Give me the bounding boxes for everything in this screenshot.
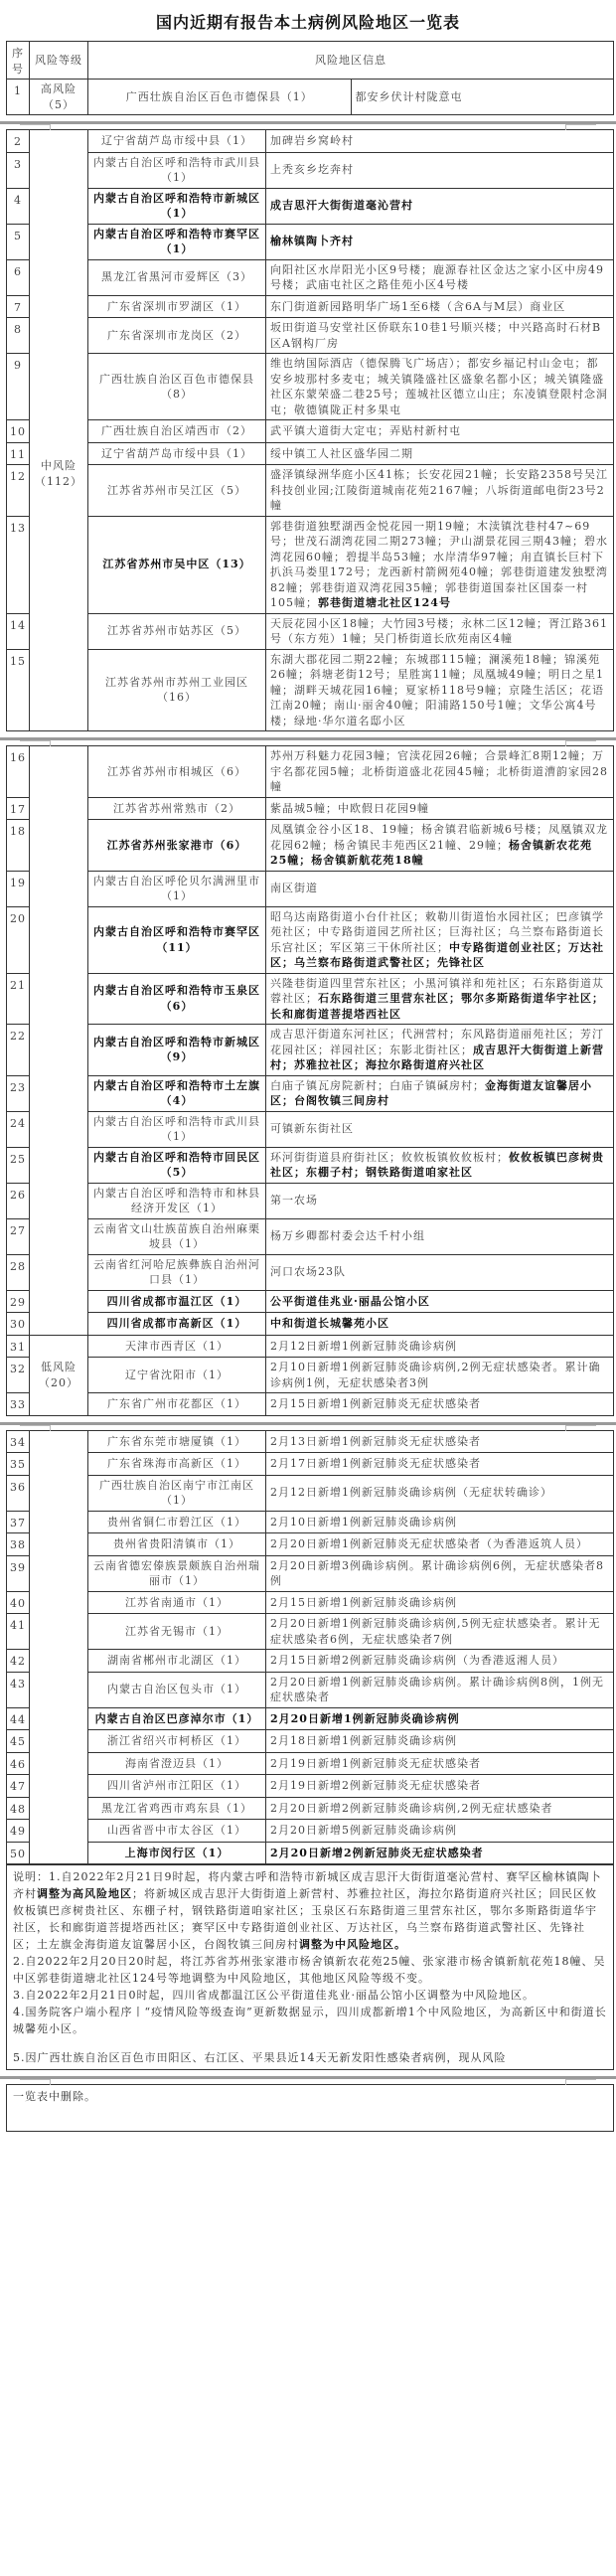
row-region: 天津市西青区（1）: [88, 1335, 266, 1358]
risk-level-high: 高风险（5）: [30, 80, 88, 115]
table-row: 26内蒙古自治区呼和浩特市和林县经济开发区（1）第一农场: [7, 1183, 614, 1218]
row-info: 成吉思汗大街街道毫沁营村: [266, 188, 614, 224]
row-number: 42: [7, 1650, 30, 1673]
table-row: 47四川省泸州市江阳区（1）2月19日新增2例新冠肺炎无症状感染者: [7, 1775, 614, 1798]
table-row: 11辽宁省葫芦岛市绥中县（1）绥中镇工人社区盛华园二期: [7, 442, 614, 465]
row-info: 2月19日新增1例新冠肺炎无症状感染者: [266, 1752, 614, 1775]
table-row: 37贵州省铜仁市碧江区（1）2月10日新增1例新冠肺炎确诊病例: [7, 1511, 614, 1533]
row-info: 2月12日新增1例新冠肺炎确诊病例: [266, 1335, 614, 1358]
row-region: 云南省红河哈尼族彝族自治州河口县（1）: [88, 1254, 266, 1290]
table-row: 30四川省成都市高新区（1）中和街道长城馨苑小区: [7, 1313, 614, 1336]
row-number: 41: [7, 1614, 30, 1650]
row-info: 东湖大郡花园二期22幢；东城郡115幢；澜溪苑18幢；锦溪苑26幢；斜塘老街12…: [266, 649, 614, 731]
row-region: 辽宁省葫芦岛市绥中县（1）: [88, 130, 266, 153]
row-number: 50: [7, 1842, 30, 1864]
row-info: 东门街道新园路明华广场1至6楼（含6A与M层）商业区: [266, 295, 614, 318]
row-info: 维也纳国际酒店（德保腾飞广场店）；都安乡福记村山金屯；都安乡坡那村多麦屯；城关镇…: [266, 354, 614, 420]
row-region: 山西省晋中市太谷区（1）: [88, 1820, 266, 1843]
row-info: 向阳社区水岸阳光小区9号楼；鹿源春社区金达之家小区中房49号楼；武庙屯社区之路佳…: [266, 259, 614, 295]
row-info: 白庙子镇瓦房院新村；白庙子镇碱房村；金海街道友谊馨居小区；台阁牧镇三间房村: [266, 1075, 614, 1111]
table-row: 25内蒙古自治区呼和浩特市回民区（5）环河街街道县府街社区；攸攸板镇攸攸板村；攸…: [7, 1147, 614, 1183]
page-break: [0, 115, 616, 129]
table-row: 18江苏省苏州张家港市（6）凤凰镇金谷小区18、19幢；杨舍镇君临新城6号楼；凤…: [7, 820, 614, 872]
row-number: 3: [7, 152, 30, 188]
row-info: 都安乡伏计村陇意屯: [351, 80, 614, 115]
row-region: 内蒙古自治区呼和浩特市赛罕区（1）: [88, 224, 266, 259]
row-number: 15: [7, 649, 30, 731]
table-row: 43内蒙古自治区包头市（1）2月20日新增1例新冠肺炎确诊病例。累计确诊病例8例…: [7, 1672, 614, 1707]
row-region: 四川省泸州市江阳区（1）: [88, 1775, 266, 1798]
row-info: 杨万乡卿都村委会达千村小组: [266, 1218, 614, 1254]
row-info: 2月20日新增2例新冠肺炎无症状感染者: [266, 1842, 614, 1864]
row-info: 昭乌达南路街道小台什社区；敕勒川街道怡水园社区；巴彦镇学苑社区；中专路街道园艺所…: [266, 906, 614, 973]
row-region: 海南省澄迈县（1）: [88, 1752, 266, 1775]
table-row: 1 高风险（5） 广西壮族自治区百色市德保县（1） 都安乡伏计村陇意屯: [7, 80, 614, 115]
risk-table-page-4: 34广东省东莞市塘厦镇（1）2月13日新增1例新冠肺炎无症状感染者35广东省珠海…: [6, 1430, 614, 1865]
row-info: 2月15日新增2例新冠肺炎确诊病例（为香港返湘人员）: [266, 1650, 614, 1673]
risk-level-mid: 中风险（112）: [30, 130, 88, 731]
note-5: 5.因广西壮族自治区百色市田阳区、右江区、平果县近14天无新发阳性感染者病例，现…: [13, 2049, 607, 2066]
row-info: 2月15日新增1例新冠肺炎确诊病例: [266, 1591, 614, 1614]
row-region: 云南省德宏傣族景颇族自治州瑞丽市（1）: [88, 1555, 266, 1591]
table-row: 24内蒙古自治区呼和浩特市武川县（1）可镇新东街社区: [7, 1111, 614, 1147]
note-2: 2.自2022年2月20日20时起，将江苏省苏州张家港市杨舍镇新农花苑25幢、张…: [13, 1953, 607, 1987]
risk-level-low-continued: [30, 1430, 88, 1864]
table-row: 31低风险（20）天津市西青区（1）2月12日新增1例新冠肺炎确诊病例: [7, 1335, 614, 1358]
row-number: 47: [7, 1775, 30, 1798]
row-region: 江苏省苏州市姑苏区（5）: [88, 613, 266, 649]
table-row: 13江苏省苏州市吴中区（13）郭巷街道独墅湖西金悦花园一期19幢；木渎镇沈巷村4…: [7, 516, 614, 613]
row-number: 37: [7, 1511, 30, 1533]
row-region: 内蒙古自治区包头市（1）: [88, 1672, 266, 1707]
row-number: 12: [7, 465, 30, 517]
row-info: 2月20日新增5例新冠肺炎确诊病例: [266, 1820, 614, 1843]
risk-table-page-3: 16江苏省苏州市相城区（6）苏州万科魅力花园3幢；官渎花园26幢；合景峰汇8期1…: [6, 745, 614, 1416]
row-region: 江苏省苏州市吴中区（13）: [88, 516, 266, 613]
row-info: 南区街道: [266, 871, 614, 906]
risk-level-mid-continued: [30, 746, 88, 1336]
row-region: 贵州省铜仁市碧江区（1）: [88, 1511, 266, 1533]
risk-level-low: 低风险（20）: [30, 1335, 88, 1415]
row-info: 第一农场: [266, 1183, 614, 1218]
row-number: 21: [7, 973, 30, 1025]
notes-cell: 说明：1.自2022年2月21日9时起，将内蒙古呼和浩特市新城区成吉思汗大街街道…: [7, 1865, 614, 2070]
row-region: 广东省珠海市高新区（1）: [88, 1453, 266, 1476]
notes-table: 说明：1.自2022年2月21日9时起，将内蒙古呼和浩特市新城区成吉思汗大街街道…: [6, 1864, 614, 2070]
table-row: 45浙江省绍兴市柯桥区（1）2月18日新增1例新冠肺炎确诊病例: [7, 1730, 614, 1753]
row-number: 8: [7, 318, 30, 354]
row-number: 25: [7, 1147, 30, 1183]
row-info: 公平街道佳兆业·丽晶公馆小区: [266, 1290, 614, 1313]
row-info: 2月19日新增2例新冠肺炎无症状感染者: [266, 1775, 614, 1798]
row-region: 内蒙古自治区呼和浩特市玉泉区（6）: [88, 973, 266, 1025]
table-row: 5内蒙古自治区呼和浩特市赛罕区（1）榆林镇陶卜齐村: [7, 224, 614, 259]
table-row: 6黑龙江省黑河市爱辉区（3）向阳社区水岸阳光小区9号楼；鹿源春社区金达之家小区中…: [7, 259, 614, 295]
row-number: 27: [7, 1218, 30, 1254]
table-row: 12江苏省苏州市吴江区（5）盛泽镇绿洲华庭小区41栋；长安花园21幢；长安路23…: [7, 465, 614, 517]
row-region: 四川省成都市高新区（1）: [88, 1313, 266, 1336]
row-info: 武平镇大道街大定屯；弄贴村新村屯: [266, 420, 614, 443]
table-row: 44内蒙古自治区巴彦淖尔市（1）2月20日新增1例新冠肺炎确诊病例: [7, 1707, 614, 1730]
header-level: 风险等级: [30, 42, 88, 80]
row-region: 内蒙古自治区呼和浩特市新城区（9）: [88, 1025, 266, 1076]
row-info: 2月20日新增2例新冠肺炎确诊病例,2例无症状感染者: [266, 1797, 614, 1820]
row-number: 14: [7, 613, 30, 649]
row-info: 2月12日新增1例新冠肺炎确诊病例（无症状转确诊）: [266, 1475, 614, 1511]
table-row: 8广东省深圳市龙岗区（2）坂田街道马安堂社区侨联东10巷1号顺兴楼；中兴路高时石…: [7, 318, 614, 354]
header-num: 序号: [7, 42, 30, 80]
table-row: 10广西壮族自治区靖西市（2）武平镇大道街大定屯；弄贴村新村屯: [7, 420, 614, 443]
note-3: 3.自2022年2月21日0时起，四川省成都温江区公平街道佳兆业·丽晶公馆小区调…: [13, 1987, 607, 2004]
note-4: 4.国务院客户端小程序丨“疫情风险等级查询”更新数据显示，四川成都新增1个中风险…: [13, 2004, 607, 2037]
row-region: 广东省东莞市塘厦镇（1）: [88, 1430, 266, 1453]
row-info: 盛泽镇绿洲华庭小区41栋；长安花园21幢；长安路2358号吴江科技创业园;江陵街…: [266, 465, 614, 517]
row-region: 内蒙古自治区呼和浩特市新城区（1）: [88, 188, 266, 224]
row-number: 38: [7, 1533, 30, 1556]
table-row: 27云南省文山壮族苗族自治州麻栗坡县（1）杨万乡卿都村委会达千村小组: [7, 1218, 614, 1254]
row-number: 9: [7, 354, 30, 420]
table-row: 34广东省东莞市塘厦镇（1）2月13日新增1例新冠肺炎无症状感染者: [7, 1430, 614, 1453]
table-row: 38贵州省贵阳清镇市（1）2月20日新增1例新冠肺炎无症状感染者（为香港返筑人员…: [7, 1533, 614, 1556]
row-number: 19: [7, 871, 30, 906]
row-region: 广西壮族自治区靖西市（2）: [88, 420, 266, 443]
row-info: 河口农场23队: [266, 1254, 614, 1290]
row-region: 辽宁省沈阳市（1）: [88, 1358, 266, 1393]
row-number: 32: [7, 1358, 30, 1393]
notes-cell: 一览表中删除。: [7, 2085, 614, 2132]
table-row: 35广东省珠海市高新区（1）2月17日新增1例新冠肺炎无症状感染者: [7, 1453, 614, 1476]
row-info: 加碑岩乡窝岭村: [266, 130, 614, 153]
row-region: 湖南省郴州市北湖区（1）: [88, 1650, 266, 1673]
table-row: 21内蒙古自治区呼和浩特市玉泉区（6）兴隆巷街道四里营东社区；小黑河镇祥和苑社区…: [7, 973, 614, 1025]
row-number: 7: [7, 295, 30, 318]
row-info: 2月20日新增1例新冠肺炎无症状感染者（为香港返筑人员）: [266, 1533, 614, 1556]
row-info: 2月20日新增3例确诊病例。累计确诊病例6例，无症状感染者8例: [266, 1555, 614, 1591]
row-number: 28: [7, 1254, 30, 1290]
row-number: 11: [7, 442, 30, 465]
table-row: 32辽宁省沈阳市（1）2月10日新增1例新冠肺炎确诊病例,2例无症状感染者。累计…: [7, 1358, 614, 1393]
row-region: 内蒙古自治区呼和浩特市赛罕区（11）: [88, 906, 266, 973]
row-region: 内蒙古自治区呼和浩特市武川县（1）: [88, 152, 266, 188]
table-row: 14江苏省苏州市姑苏区（5）天辰花园小区18幢；大竹园3号楼；永林二区12幢；胥…: [7, 613, 614, 649]
row-info: 绥中镇工人社区盛华园二期: [266, 442, 614, 465]
row-number: 35: [7, 1453, 30, 1476]
header-info: 风险地区信息: [88, 42, 614, 80]
row-info: 可镇新东街社区: [266, 1111, 614, 1147]
row-number: 29: [7, 1290, 30, 1313]
row-number: 1: [7, 80, 30, 115]
note-1: 说明：1.自2022年2月21日9时起，将内蒙古呼和浩特市新城区成吉思汗大街街道…: [13, 1868, 607, 1953]
table-row: 15江苏省苏州市苏州工业园区（16）东湖大郡花园二期22幢；东城郡115幢；澜溪…: [7, 649, 614, 731]
table-row: 16江苏省苏州市相城区（6）苏州万科魅力花园3幢；官渎花园26幢；合景峰汇8期1…: [7, 746, 614, 798]
table-row: 42湖南省郴州市北湖区（1）2月15日新增2例新冠肺炎确诊病例（为香港返湘人员）: [7, 1650, 614, 1673]
table-row: 17江苏省苏州常熟市（2）紫晶城5幢；中欧假日花园9幢: [7, 797, 614, 820]
table-row: 39云南省德宏傣族景颇族自治州瑞丽市（1）2月20日新增3例确诊病例。累计确诊病…: [7, 1555, 614, 1591]
row-info: 兴隆巷街道四里营东社区；小黑河镇祥和苑社区；石东路街道苁蓉社区；石东路街道三里营…: [266, 973, 614, 1025]
row-number: 40: [7, 1591, 30, 1614]
row-region: 广西壮族自治区百色市德保县（8）: [88, 354, 266, 420]
row-info: 2月18日新增1例新冠肺炎确诊病例: [266, 1730, 614, 1753]
row-number: 33: [7, 1393, 30, 1416]
row-region: 上海市闵行区（1）: [88, 1842, 266, 1864]
row-number: 39: [7, 1555, 30, 1591]
table-row: 22内蒙古自治区呼和浩特市新城区（9）成吉思汗街道东河社区；代洲营村；东风路街道…: [7, 1025, 614, 1076]
row-number: 30: [7, 1313, 30, 1336]
row-number: 23: [7, 1075, 30, 1111]
row-info: 紫晶城5幢；中欧假日花园9幢: [266, 797, 614, 820]
row-number: 49: [7, 1820, 30, 1843]
row-info: 天辰花园小区18幢；大竹园3号楼；永林二区12幢；胥江路361号（东方苑）1幢；…: [266, 613, 614, 649]
row-number: 34: [7, 1430, 30, 1453]
row-info: 中和街道长城馨苑小区: [266, 1313, 614, 1336]
row-region: 内蒙古自治区呼伦贝尔满洲里市（1）: [88, 871, 266, 906]
row-number: 46: [7, 1752, 30, 1775]
note-5-continued: 一览表中删除。: [13, 2088, 607, 2105]
table-row: 29四川省成都市温江区（1）公平街道佳兆业·丽晶公馆小区: [7, 1290, 614, 1313]
table-row: 28云南省红河哈尼族彝族自治州河口县（1）河口农场23队: [7, 1254, 614, 1290]
row-region: 贵州省贵阳清镇市（1）: [88, 1533, 266, 1556]
row-region: 广东省深圳市龙岗区（2）: [88, 318, 266, 354]
row-number: 48: [7, 1797, 30, 1820]
table-row: 3内蒙古自治区呼和浩特市武川县（1）上秃亥乡圪奔村: [7, 152, 614, 188]
row-number: 31: [7, 1335, 30, 1358]
row-info: 成吉思汗街道东河社区；代洲营村；东风路街道丽苑社区；芳汀花园社区；祥园社区；东影…: [266, 1025, 614, 1076]
table-row: 46海南省澄迈县（1）2月19日新增1例新冠肺炎无症状感染者: [7, 1752, 614, 1775]
risk-table-page-1: 序号 风险等级 风险地区信息 1 高风险（5） 广西壮族自治区百色市德保县（1）…: [6, 41, 614, 115]
table-row: 41江苏省无锡市（1）2月20日新增1例新冠肺炎确诊病例,5例无症状感染者。累计…: [7, 1614, 614, 1650]
table-row: 7广东省深圳市罗湖区（1）东门街道新园路明华广场1至6楼（含6A与M层）商业区: [7, 295, 614, 318]
row-region: 内蒙古自治区呼和浩特市武川县（1）: [88, 1111, 266, 1147]
row-info: 2月17日新增1例新冠肺炎无症状感染者: [266, 1453, 614, 1476]
row-info: 郭巷街道独墅湖西金悦花园一期19幢；木渎镇沈巷村47~69号；世茂石湖湾花园二期…: [266, 516, 614, 613]
row-number: 44: [7, 1707, 30, 1730]
row-number: 26: [7, 1183, 30, 1218]
row-region: 江苏省无锡市（1）: [88, 1614, 266, 1650]
risk-table-page-2: 2中风险（112）辽宁省葫芦岛市绥中县（1）加碑岩乡窝岭村3内蒙古自治区呼和浩特…: [6, 129, 614, 731]
row-region: 广东省广州市花都区（1）: [88, 1393, 266, 1416]
row-number: 5: [7, 224, 30, 259]
row-number: 16: [7, 746, 30, 798]
row-region: 江苏省苏州市相城区（6）: [88, 746, 266, 798]
table-row: 20内蒙古自治区呼和浩特市赛罕区（11）昭乌达南路街道小台什社区；敕勒川街道怡水…: [7, 906, 614, 973]
row-number: 6: [7, 259, 30, 295]
table-row: 2中风险（112）辽宁省葫芦岛市绥中县（1）加碑岩乡窝岭村: [7, 130, 614, 153]
row-region: 江苏省苏州市苏州工业园区（16）: [88, 649, 266, 731]
table-row: 50上海市闵行区（1）2月20日新增2例新冠肺炎无症状感染者: [7, 1842, 614, 1864]
row-info: 榆林镇陶卜齐村: [266, 224, 614, 259]
row-region: 广西壮族自治区百色市德保县（1）: [88, 80, 352, 115]
row-info: 凤凰镇金谷小区18、19幢；杨舍镇君临新城6号楼；凤凰镇双龙花园62幢；杨舍镇民…: [266, 820, 614, 872]
row-region: 江苏省南通市（1）: [88, 1591, 266, 1614]
row-number: 2: [7, 130, 30, 153]
row-info: 2月13日新增1例新冠肺炎无症状感染者: [266, 1430, 614, 1453]
row-number: 24: [7, 1111, 30, 1147]
row-region: 江苏省苏州张家港市（6）: [88, 820, 266, 872]
row-number: 4: [7, 188, 30, 224]
row-region: 黑龙江省鸡西市鸡东县（1）: [88, 1797, 266, 1820]
row-region: 浙江省绍兴市柯桥区（1）: [88, 1730, 266, 1753]
table-row: 36广西壮族自治区南宁市江南区（1）2月12日新增1例新冠肺炎确诊病例（无症状转…: [7, 1475, 614, 1511]
row-region: 内蒙古自治区呼和浩特市土左旗（4）: [88, 1075, 266, 1111]
row-number: 20: [7, 906, 30, 973]
row-info: 环河街街道县府街社区；攸攸板镇攸攸板村；攸攸板镇巴彦树贵社区；东棚子村；钢铁路街…: [266, 1147, 614, 1183]
row-info: 上秃亥乡圪奔村: [266, 152, 614, 188]
table-row: 9广西壮族自治区百色市德保县（8）维也纳国际酒店（德保腾飞广场店）；都安乡福记村…: [7, 354, 614, 420]
page-title: 国内近期有报告本土病例风险地区一览表: [0, 0, 616, 41]
row-number: 18: [7, 820, 30, 872]
page-break: [0, 731, 616, 745]
table-header-row: 序号 风险等级 风险地区信息: [7, 42, 614, 80]
table-row: 49山西省晋中市太谷区（1）2月20日新增5例新冠肺炎确诊病例: [7, 1820, 614, 1843]
row-info: 2月10日新增1例新冠肺炎确诊病例: [266, 1511, 614, 1533]
row-number: 10: [7, 420, 30, 443]
row-info: 苏州万科魅力花园3幢；官渎花园26幢；合景峰汇8期12幢；万宇名都花园5幢；北桥…: [266, 746, 614, 798]
table-row: 33广东省广州市花都区（1）2月15日新增1例新冠肺炎无症状感染者: [7, 1393, 614, 1416]
table-row: 19内蒙古自治区呼伦贝尔满洲里市（1）南区街道: [7, 871, 614, 906]
row-info: 2月20日新增1例新冠肺炎确诊病例,5例无症状感染者。累计无症状感染者6例，无症…: [266, 1614, 614, 1650]
row-region: 内蒙古自治区呼和浩特市回民区（5）: [88, 1147, 266, 1183]
row-region: 内蒙古自治区巴彦淖尔市（1）: [88, 1707, 266, 1730]
row-region: 内蒙古自治区呼和浩特市和林县经济开发区（1）: [88, 1183, 266, 1218]
row-info: 2月20日新增1例新冠肺炎确诊病例。累计确诊病例8例，1例无症状感染者: [266, 1672, 614, 1707]
row-region: 黑龙江省黑河市爱辉区（3）: [88, 259, 266, 295]
row-number: 43: [7, 1672, 30, 1707]
row-info: 2月10日新增1例新冠肺炎确诊病例,2例无症状感染者。累计确诊病例1例，无症状感…: [266, 1358, 614, 1393]
row-info: 2月20日新增1例新冠肺炎确诊病例: [266, 1707, 614, 1730]
row-region: 四川省成都市温江区（1）: [88, 1290, 266, 1313]
row-region: 广东省深圳市罗湖区（1）: [88, 295, 266, 318]
row-number: 45: [7, 1730, 30, 1753]
row-number: 22: [7, 1025, 30, 1076]
page-break: [0, 2070, 616, 2084]
row-number: 36: [7, 1475, 30, 1511]
table-row: 23内蒙古自治区呼和浩特市土左旗（4）白庙子镇瓦房院新村；白庙子镇碱房村；金海街…: [7, 1075, 614, 1111]
row-info: 2月15日新增1例新冠肺炎无症状感染者: [266, 1393, 614, 1416]
row-region: 辽宁省葫芦岛市绥中县（1）: [88, 442, 266, 465]
row-region: 江苏省苏州市吴江区（5）: [88, 465, 266, 517]
notes-table-continued: 一览表中删除。: [6, 2084, 614, 2132]
row-info: 坂田街道马安堂社区侨联东10巷1号顺兴楼；中兴路高时石材B区A钢构厂房: [266, 318, 614, 354]
table-row: 40江苏省南通市（1）2月15日新增1例新冠肺炎确诊病例: [7, 1591, 614, 1614]
row-region: 江苏省苏州常熟市（2）: [88, 797, 266, 820]
row-region: 广西壮族自治区南宁市江南区（1）: [88, 1475, 266, 1511]
table-row: 4内蒙古自治区呼和浩特市新城区（1）成吉思汗大街街道毫沁营村: [7, 188, 614, 224]
row-number: 17: [7, 797, 30, 820]
row-number: 13: [7, 516, 30, 613]
page-break: [0, 1416, 616, 1430]
row-region: 云南省文山壮族苗族自治州麻栗坡县（1）: [88, 1218, 266, 1254]
table-row: 48黑龙江省鸡西市鸡东县（1）2月20日新增2例新冠肺炎确诊病例,2例无症状感染…: [7, 1797, 614, 1820]
